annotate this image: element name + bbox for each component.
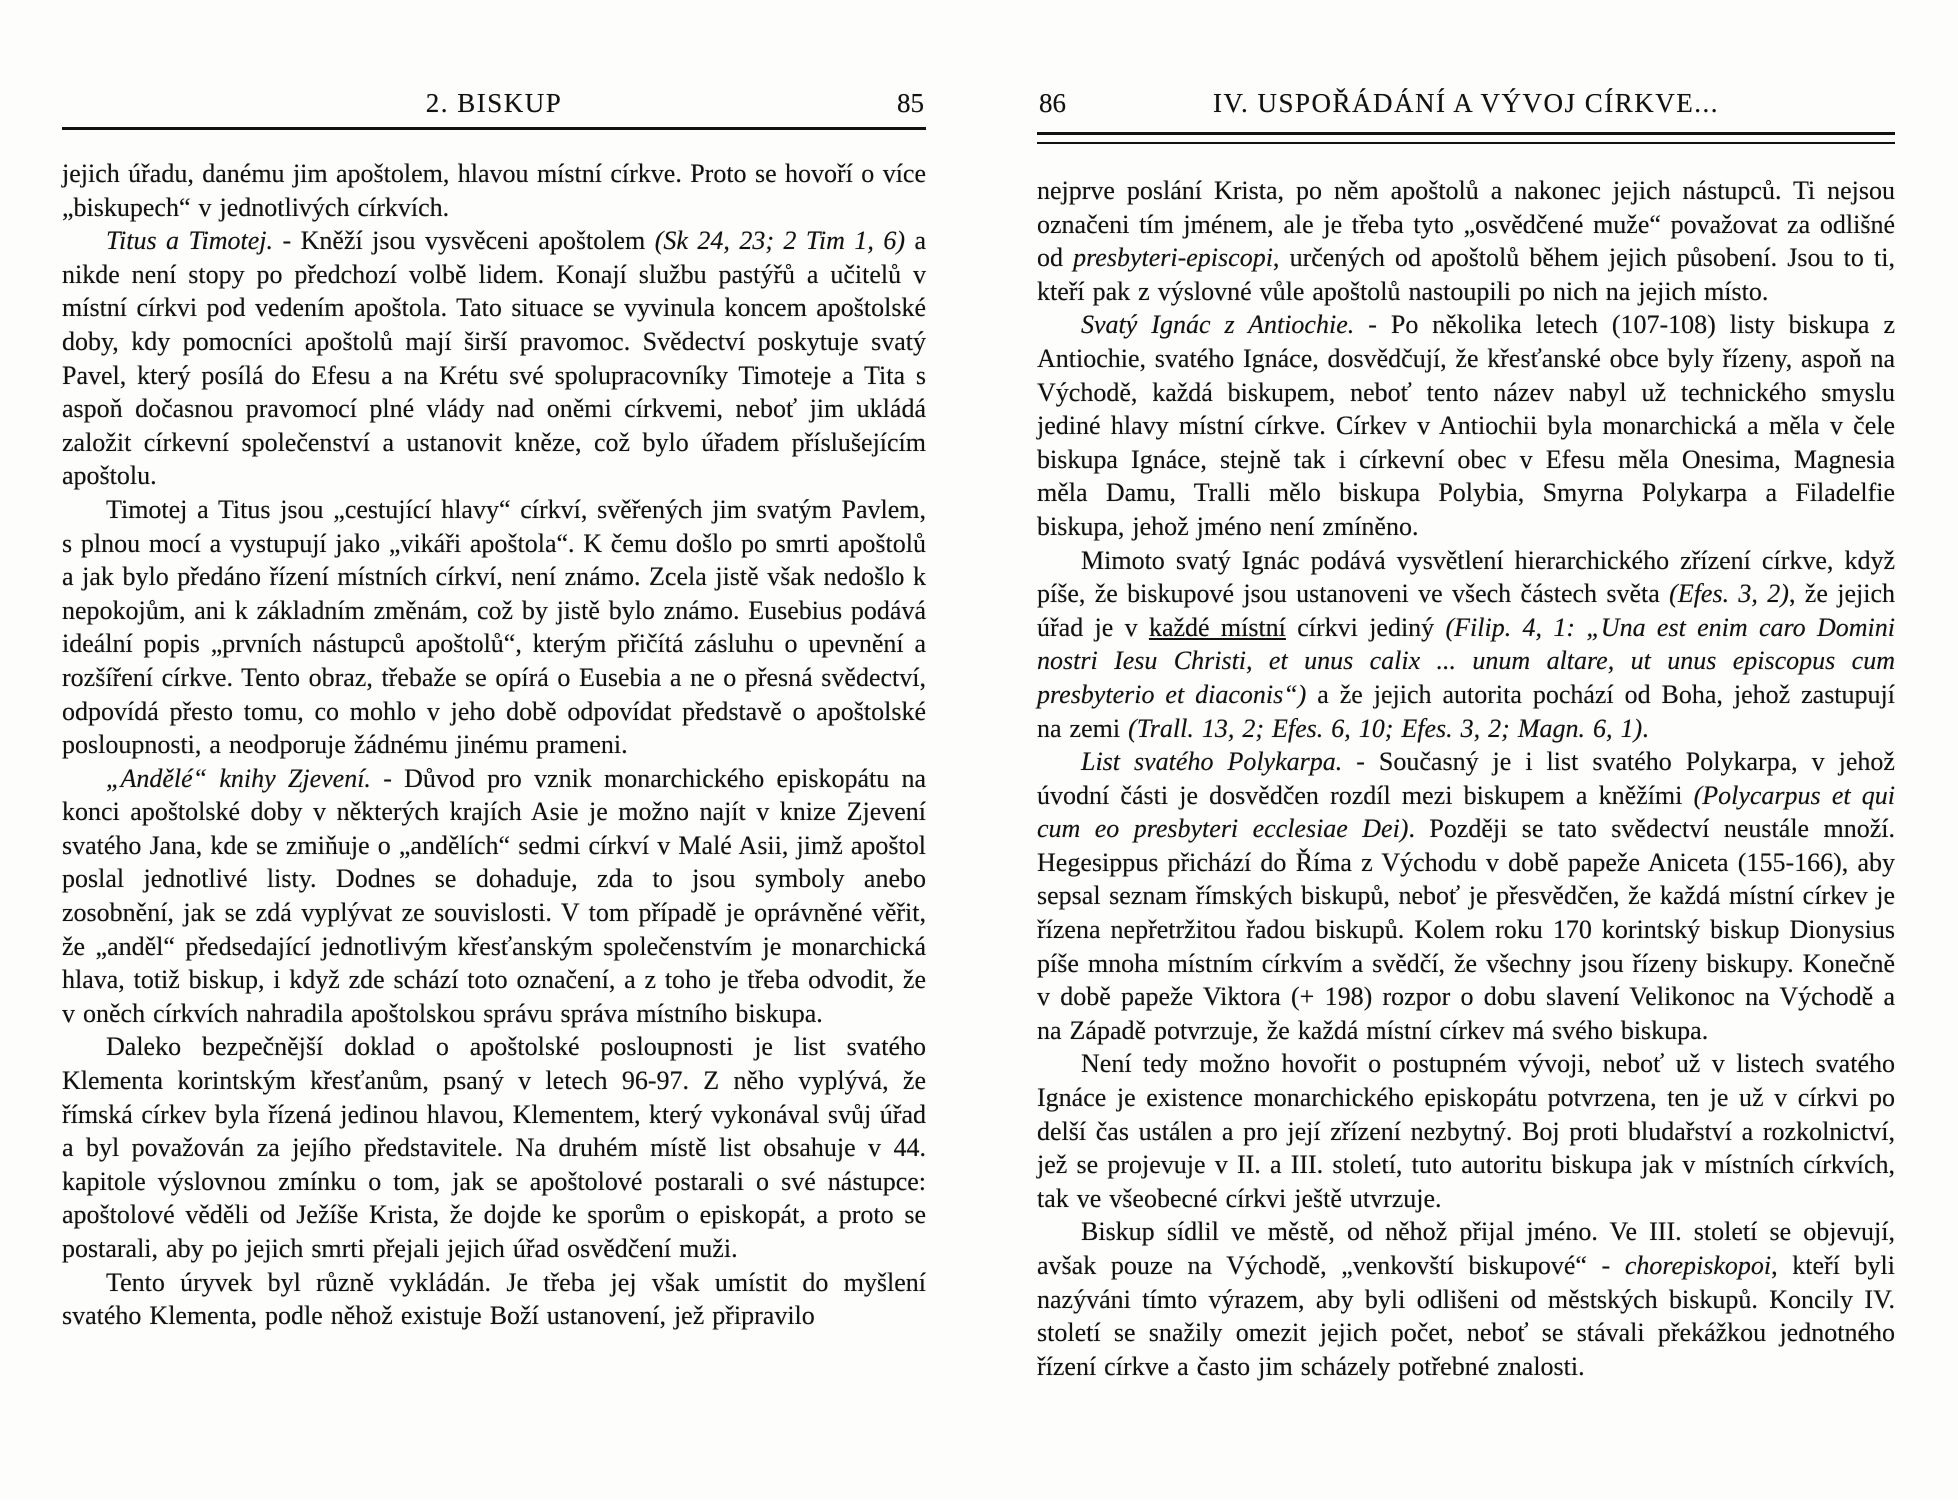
- text-segment: Svatý Ignác z Antiochie.: [1081, 310, 1354, 339]
- running-title-right: IV. USPOŘÁDÁNÍ A VÝVOJ CÍRKVE...: [1037, 86, 1895, 120]
- paragraph: Není tedy možno hovořit o postupném vývo…: [1037, 1047, 1895, 1215]
- paragraph: „Andělé“ knihy Zjevení. - Důvod pro vzni…: [62, 762, 926, 1031]
- paragraph: Daleko bezpečnější doklad o apoštolské p…: [62, 1030, 926, 1265]
- paragraph: nejprve poslání Krista, po něm apoštolů …: [1037, 174, 1895, 308]
- text-segment: .: [1642, 714, 1649, 743]
- text-segment: - Kněží jsou vysvěceni apoštolem: [273, 226, 655, 255]
- text-segment: Timotej a Titus jsou „cestující hlavy“ c…: [62, 495, 926, 759]
- text-segment: - Důvod pro vznik monarchického episkopá…: [62, 764, 926, 1028]
- text-segment: „Andělé“ knihy Zjevení.: [106, 764, 371, 793]
- page-number-left-page: 85: [897, 86, 924, 120]
- text-segment: (Trall. 13, 2; Efes. 6, 10; Efes. 3, 2; …: [1128, 714, 1642, 743]
- header-rule-right: [1037, 132, 1895, 144]
- page-left: 2. BISKUP 85 jejich úřadu, danému jim ap…: [62, 86, 926, 1333]
- page-body-left: jejich úřadu, danému jim apoštolem, hlav…: [62, 157, 926, 1333]
- paragraph: List svatého Polykarpa. - Současný je i …: [1037, 745, 1895, 1047]
- page-number-right-page: 86: [1039, 86, 1066, 120]
- text-segment: každé místní: [1149, 613, 1286, 642]
- paragraph: jejich úřadu, danému jim apoštolem, hlav…: [62, 157, 926, 224]
- paragraph: Svatý Ignác z Antiochie. - Po několika l…: [1037, 308, 1895, 543]
- text-segment: a nikde není stopy po předchozí volbě li…: [62, 226, 926, 490]
- text-segment: presbyteri-episcopi: [1073, 243, 1273, 272]
- text-segment: - Po několika letech (107-108) listy bis…: [1037, 310, 1895, 541]
- text-segment: (Efes. 3, 2): [1669, 579, 1789, 608]
- page-header-right: 86 IV. USPOŘÁDÁNÍ A VÝVOJ CÍRKVE...: [1037, 86, 1895, 124]
- text-segment: Není tedy možno hovořit o postupném vývo…: [1037, 1049, 1895, 1212]
- book-spread: 2. BISKUP 85 jejich úřadu, danému jim ap…: [0, 0, 1958, 1500]
- page-header-left: 2. BISKUP 85: [62, 86, 926, 124]
- running-title-left: 2. BISKUP: [62, 86, 926, 120]
- text-segment: jejich úřadu, danému jim apoštolem, hlav…: [62, 159, 926, 222]
- paragraph: Titus a Timotej. - Kněží jsou vysvěceni …: [62, 224, 926, 493]
- paragraph: Tento úryvek byl různě vykládán. Je třeb…: [62, 1266, 926, 1333]
- paragraph: Mimoto svatý Ignác podává vysvětlení hie…: [1037, 544, 1895, 746]
- text-segment: církvi jediný: [1286, 613, 1446, 642]
- text-segment: . Později se tato svědectví neustále mno…: [1037, 814, 1895, 1045]
- text-segment: Daleko bezpečnější doklad o apoštolské p…: [62, 1032, 926, 1263]
- text-segment: (Sk 24, 23; 2 Tim 1, 6): [655, 226, 905, 255]
- text-segment: Tento úryvek byl různě vykládán. Je třeb…: [62, 1268, 926, 1331]
- text-segment: Titus a Timotej.: [106, 226, 273, 255]
- text-segment: chorepiskopoi: [1625, 1251, 1771, 1280]
- paragraph: Timotej a Titus jsou „cestující hlavy“ c…: [62, 493, 926, 762]
- page-body-right: nejprve poslání Krista, po něm apoštolů …: [1037, 174, 1895, 1383]
- paragraph: Biskup sídlil ve městě, od něhož přijal …: [1037, 1215, 1895, 1383]
- header-rule-left: [62, 127, 926, 130]
- text-segment: List svatého Polykarpa.: [1081, 747, 1342, 776]
- page-right: 86 IV. USPOŘÁDÁNÍ A VÝVOJ CÍRKVE... nejp…: [1037, 86, 1895, 1383]
